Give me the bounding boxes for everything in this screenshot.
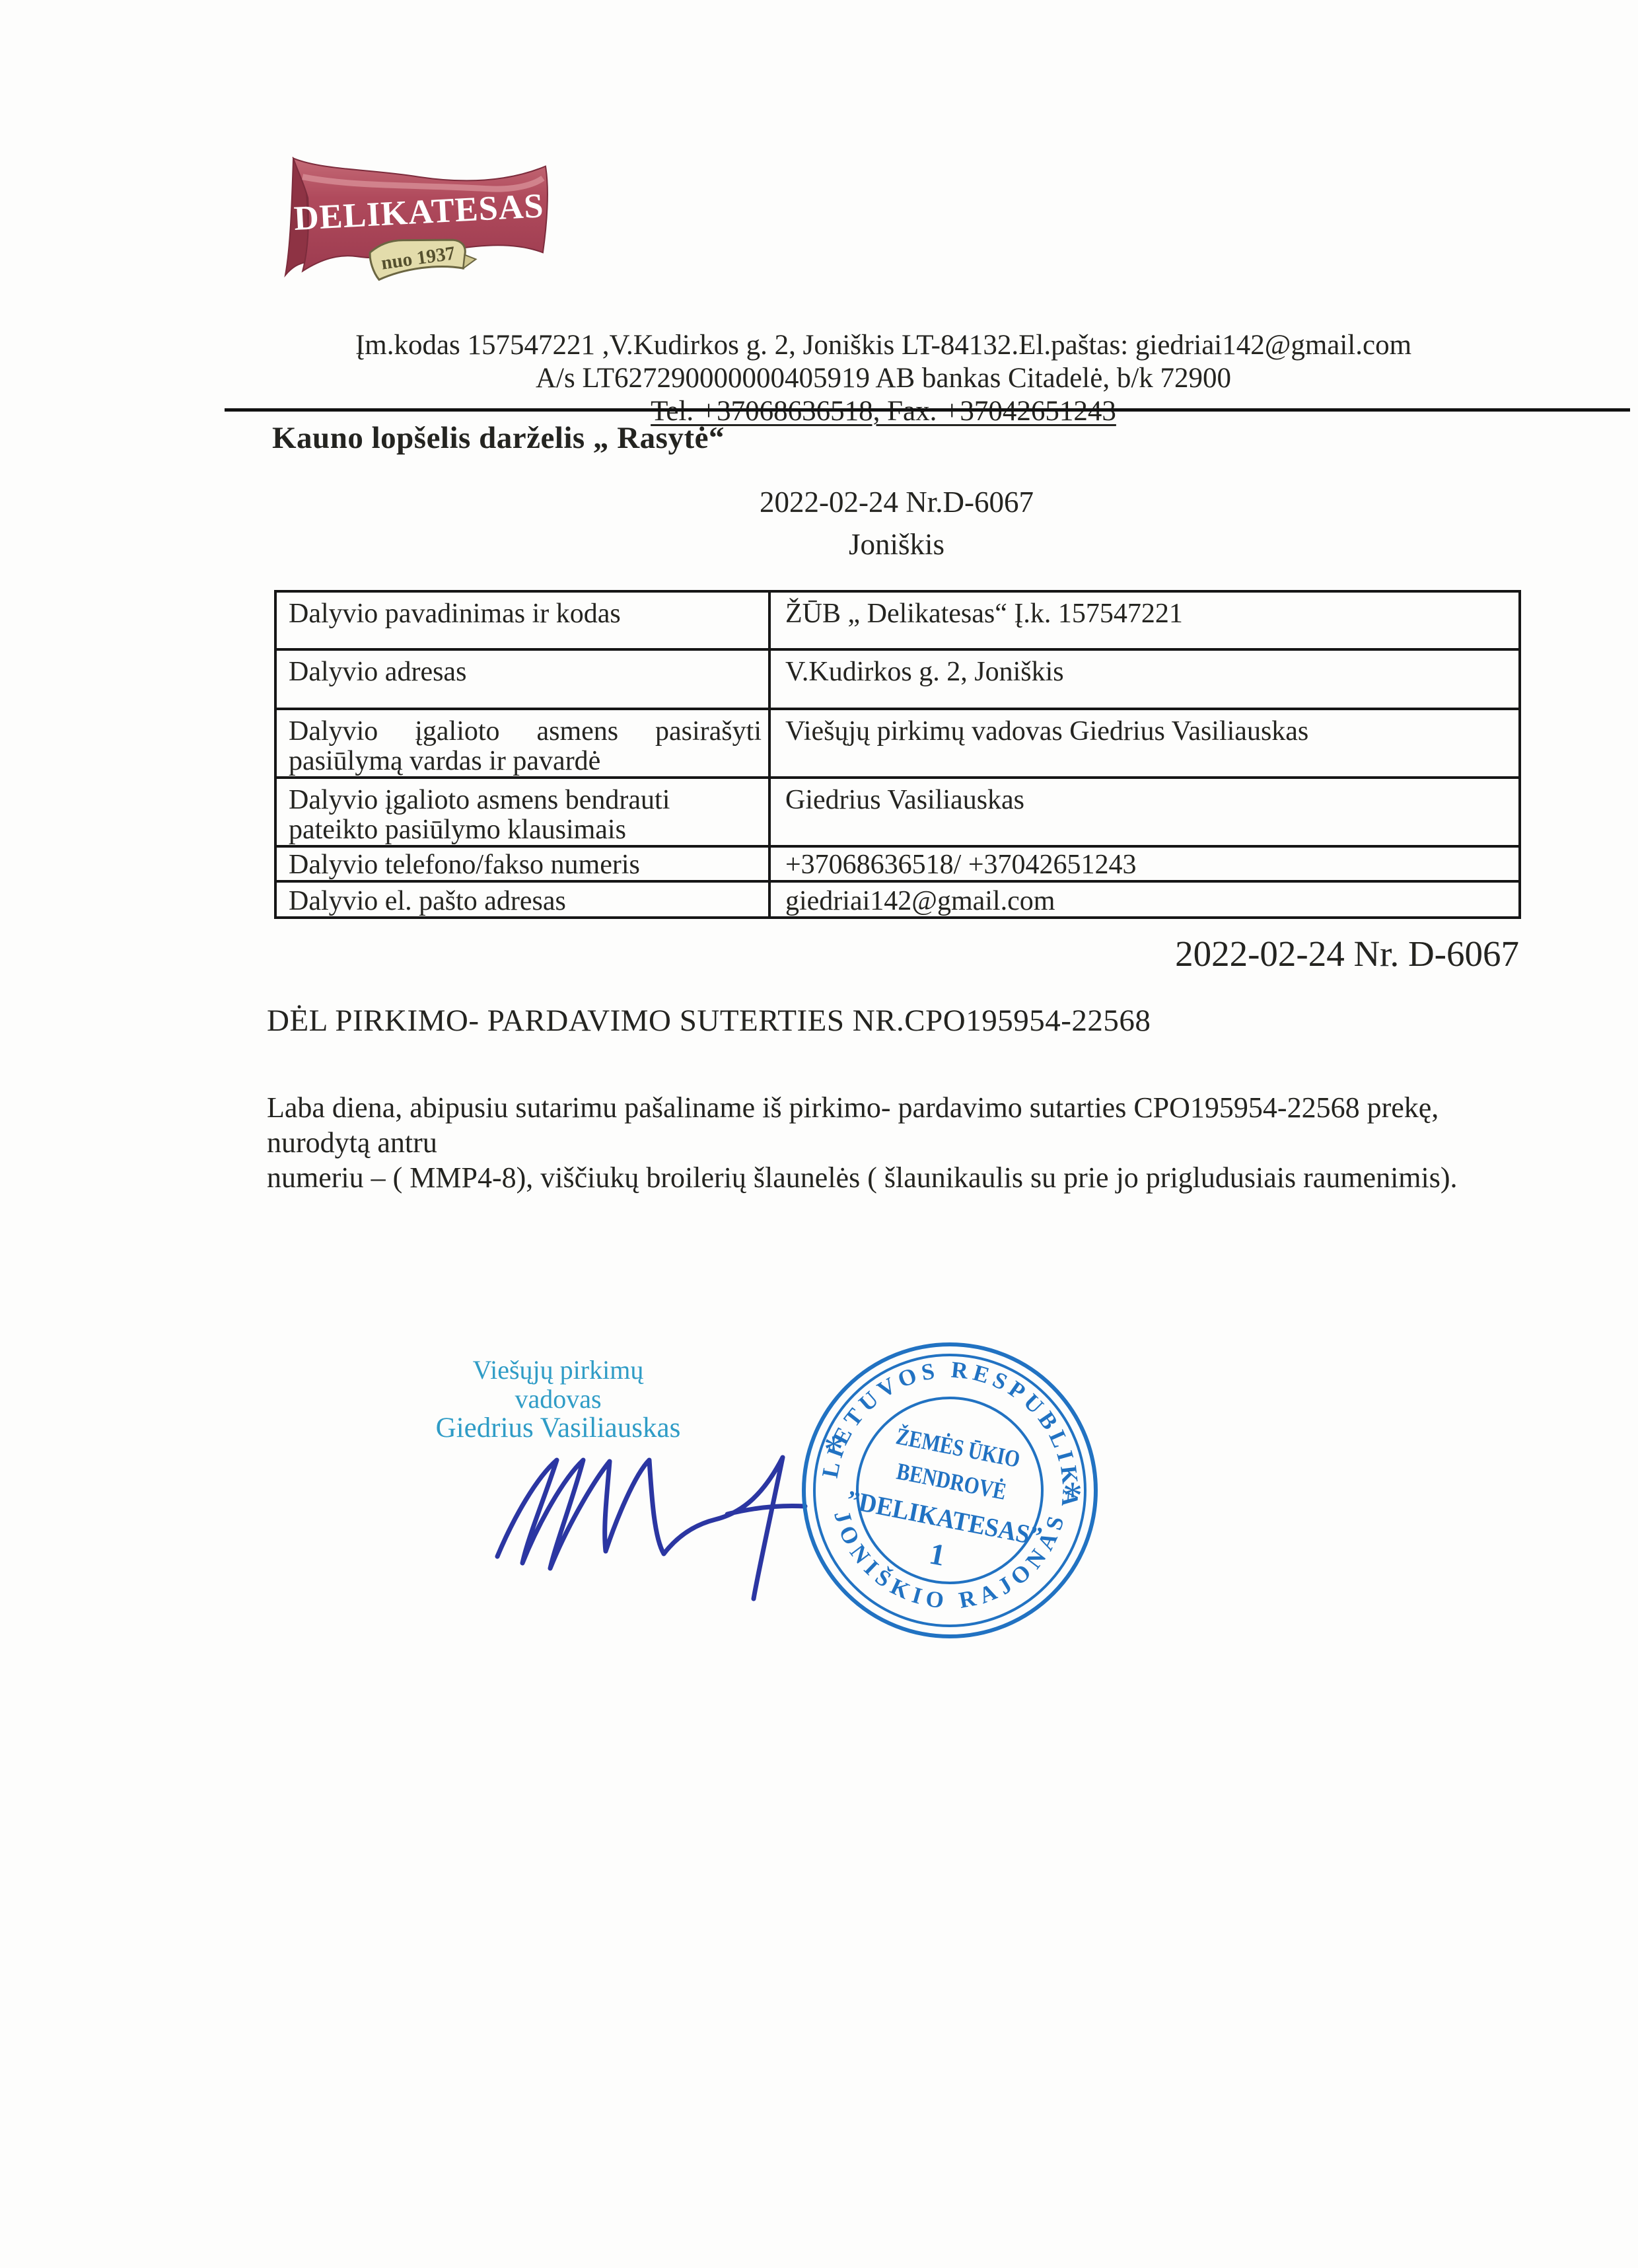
body-line1: Laba diena, abipusiu sutarimu pašaliname…: [267, 1090, 1522, 1160]
stamp-star-right: *: [1063, 1474, 1083, 1518]
signer-title-line1: Viešųjų pirkimų: [403, 1356, 713, 1385]
recipient-name: Kauno lopšelis darželis „ Rasytė“: [272, 420, 725, 456]
table-row: Dalyvio adresas V.Kudirkos g. 2, Joniški…: [275, 649, 1520, 709]
body-paragraph: Laba diena, abipusiu sutarimu pašaliname…: [267, 1090, 1522, 1195]
signer-title-line2: vadovas: [403, 1385, 713, 1414]
row-label: Dalyvio įgalioto asmens pasirašyti pasiū…: [275, 709, 769, 778]
signer-title-block: Viešųjų pirkimų vadovas Giedrius Vasilia…: [403, 1356, 713, 1443]
table-row: Dalyvio įgalioto asmens pasirašyti pasiū…: [275, 709, 1520, 778]
delikatesas-logo: DELIKATESAS nuo 1937: [283, 145, 553, 291]
row-value: +37068636518/ +37042651243: [769, 846, 1520, 881]
row-label: Dalyvio telefono/fakso numeris: [275, 846, 769, 881]
table-row: Dalyvio įgalioto asmens bendrauti pateik…: [275, 778, 1520, 846]
document-date-number: 2022-02-24 Nr. D-6067: [274, 933, 1519, 974]
body-line2: numeriu – ( MMP4-8), viščiukų broilerių …: [267, 1160, 1522, 1195]
scanned-letter-page: DELIKATESAS nuo 1937 Įm.kodas 157547221 …: [0, 0, 1638, 2268]
letterhead-line2: A/s LT627290000000405919 AB bankas Citad…: [251, 362, 1516, 395]
letterhead-line1: Įm.kodas 157547221 ,V.Kudirkos g. 2, Jon…: [251, 329, 1516, 362]
reference-city: Joniškis: [274, 523, 1519, 566]
row-value: Viešųjų pirkimų vadovas Giedrius Vasilia…: [769, 709, 1520, 778]
row-label: Dalyvio el. pašto adresas: [275, 881, 769, 918]
reference-date: 2022-02-24 Nr.D-6067: [274, 481, 1519, 523]
stamp-star-left: *: [824, 1428, 843, 1471]
row-label: Dalyvio įgalioto asmens bendrauti pateik…: [275, 778, 769, 846]
table-row: Dalyvio el. pašto adresas giedriai142@gm…: [275, 881, 1520, 918]
row-value: Giedrius Vasiliauskas: [769, 778, 1520, 846]
stamp-inner-line4: 1: [927, 1536, 948, 1572]
table-row: Dalyvio telefono/fakso numeris +37068636…: [275, 846, 1520, 881]
row-label: Dalyvio adresas: [275, 649, 769, 709]
header-divider-line: [225, 408, 1630, 412]
participant-info-table: Dalyvio pavadinimas ir kodas ŽŪB „ Delik…: [274, 590, 1521, 919]
handwritten-signature: [484, 1445, 809, 1612]
signature-stroke: [497, 1457, 805, 1599]
company-round-stamp: LIETUVOS RESPUBLIKA JONIŠKIO RAJONAS * *…: [801, 1340, 1100, 1642]
reference-block: 2022-02-24 Nr.D-6067 Joniškis: [274, 481, 1519, 566]
letterhead: Įm.kodas 157547221 ,V.Kudirkos g. 2, Jon…: [251, 329, 1516, 428]
signer-name: Giedrius Vasiliauskas: [403, 1414, 713, 1443]
row-label: Dalyvio pavadinimas ir kodas: [275, 591, 769, 649]
row-value: ŽŪB „ Delikatesas“ Į.k. 157547221: [769, 591, 1520, 649]
row-value: giedriai142@gmail.com: [769, 881, 1520, 918]
row-value: V.Kudirkos g. 2, Joniškis: [769, 649, 1520, 709]
table-row: Dalyvio pavadinimas ir kodas ŽŪB „ Delik…: [275, 591, 1520, 649]
subject-line: DĖL PIRKIMO- PARDAVIMO SUTERTIES NR.CPO1…: [267, 1003, 1151, 1039]
